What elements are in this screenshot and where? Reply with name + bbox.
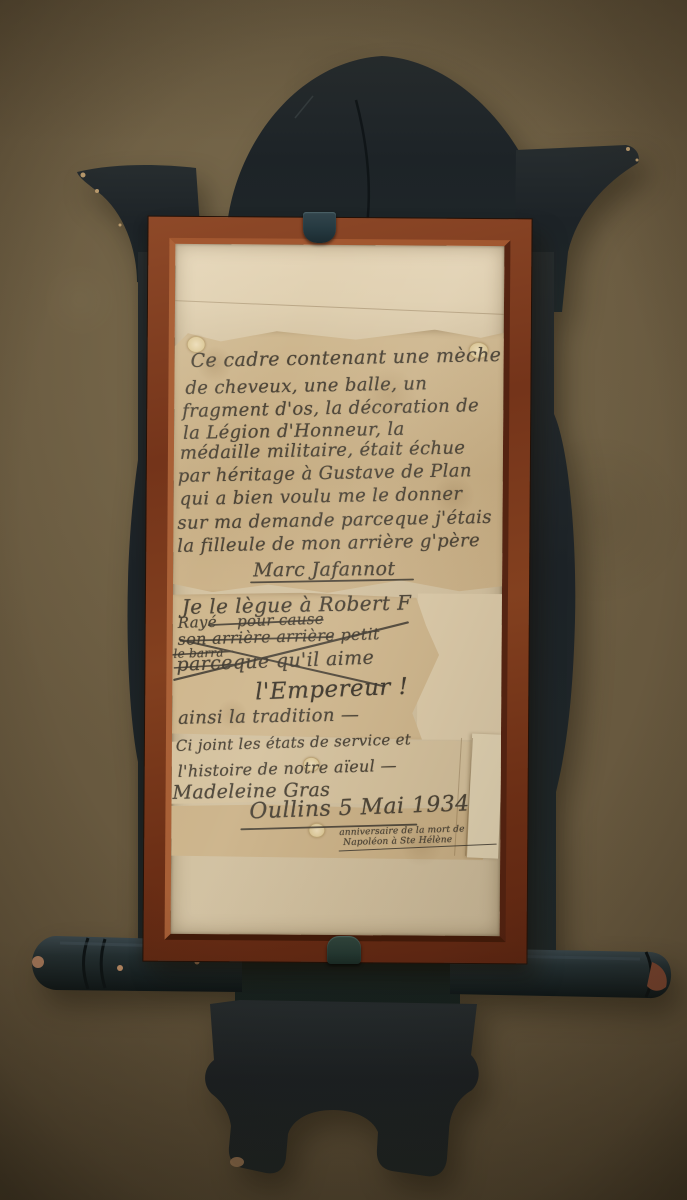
bright-paper-slip [467, 733, 503, 858]
handwriting-emperor-line: l'Empereur ! [255, 676, 409, 705]
glass-and-mat: Ce cadre contenant une mèche de cheveux,… [171, 244, 505, 936]
left-arm-tip-chip [32, 956, 44, 968]
top-retaining-clip [303, 212, 336, 243]
framed-letter-photo: Ce cadre contenant une mèche de cheveux,… [0, 0, 687, 1200]
mat-crease [175, 300, 504, 315]
handwriting-signature-ancestor: Marc Jafannot [253, 560, 396, 580]
handwriting-line: de cheveux, une balle, un [185, 375, 427, 398]
tape-spot [308, 823, 325, 838]
bottom-pendant [205, 1000, 479, 1176]
pendant-foot-chip [230, 1157, 244, 1167]
picture-frame: Ce cadre contenant une mèche de cheveux,… [143, 217, 531, 964]
bottom-retaining-clip [327, 936, 361, 964]
handwriting-line: ainsi la tradition — [178, 706, 360, 727]
